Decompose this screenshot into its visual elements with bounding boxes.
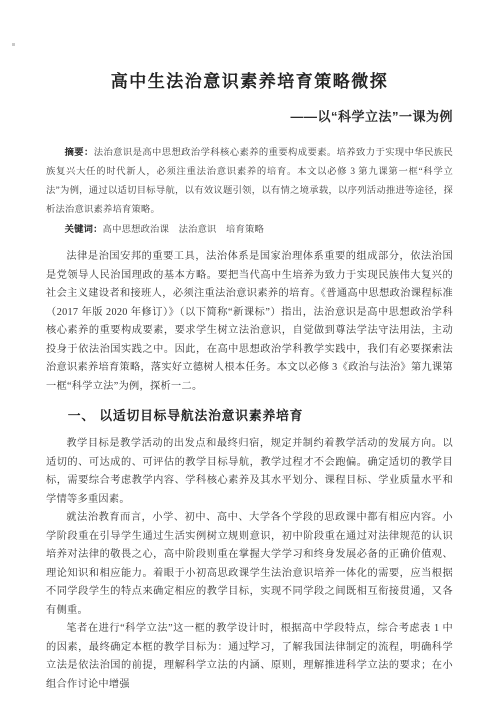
section-1-paragraph-3: 笔者在进行“科学立法”这一框的教学设计时，根据高中学段特点，综合考虑表 1 中的…	[46, 620, 453, 694]
section-1-paragraph-1: 教学目标是教学活动的出发点和最终归宿，规定并制约着教学活动的发展方向。以适切的、…	[46, 435, 453, 509]
section-1-heading: 一、 以适切目标导航法治意识素养培育	[46, 407, 453, 425]
document-page: 高中生法治意识素养培育策略微探 ——以“科学立法”一课为例 摘要：法治意识是高中…	[0, 0, 500, 707]
abstract-label: 摘要：	[65, 147, 94, 157]
intro-paragraph: 法律是治国安邦的重要工具，法治体系是国家治理体系重要的组成部分，依法治国是党领导…	[46, 248, 453, 396]
paper-title: 高中生法治意识素养培育策略微探	[46, 70, 453, 94]
abstract-section: 摘要：法治意识是高中思想政治学科核心素养的重要构成要素。培养致力于实现中华民族民…	[46, 143, 453, 240]
keywords-line: 关键词：高中思想政治课 法治意识 培育策略	[46, 220, 453, 240]
keywords-text: 高中思想政治课 法治意识 培育策略	[103, 225, 264, 235]
section-1-paragraph-2: 就法治教育而言，小学、初中、高中、大学各个学段的思政课中都有相应内容。小学阶段重…	[46, 509, 453, 620]
abstract-text: 法治意识是高中思想政治学科核心素养的重要构成要素。培养致力于实现中华民族民族复兴…	[46, 148, 453, 215]
paper-subtitle: ——以“科学立法”一课为例	[46, 108, 453, 126]
scan-artifact	[12, 43, 15, 46]
page-number: 1	[0, 639, 500, 650]
body-section: 法律是治国安邦的重要工具，法治体系是国家治理体系重要的组成部分，依法治国是党领导…	[46, 248, 453, 694]
keywords-label: 关键词：	[65, 224, 103, 234]
abstract-paragraph: 摘要：法治意识是高中思想政治学科核心素养的重要构成要素。培养致力于实现中华民族民…	[46, 143, 453, 220]
